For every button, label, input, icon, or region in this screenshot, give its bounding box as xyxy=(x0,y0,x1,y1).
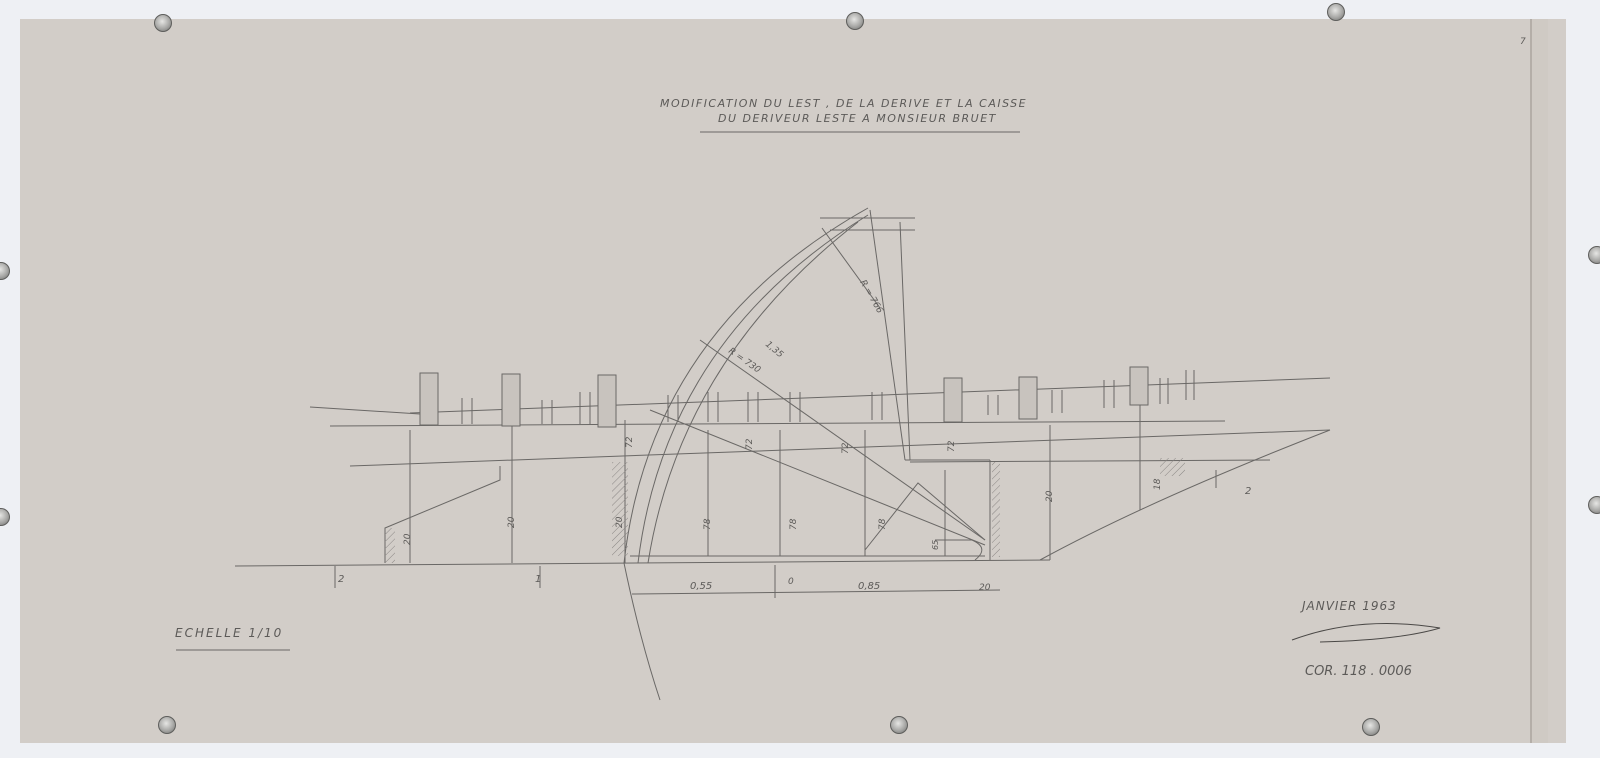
section-height: 78 xyxy=(703,518,713,530)
dim-zero: 0 xyxy=(788,577,794,587)
date-label: JANVIER 1963 xyxy=(1300,599,1397,613)
dim-right-offset: 0,85 xyxy=(858,581,880,592)
signature: Coll xyxy=(1300,625,1325,640)
dim-left-offset: 0,55 xyxy=(690,581,712,592)
section-height: 18 xyxy=(1153,478,1163,490)
section-height: 72 xyxy=(625,436,635,448)
section-height: 20 xyxy=(403,533,413,545)
dim-small-20: 20 xyxy=(979,583,991,593)
title-line-1: MODIFICATION DU LEST , DE LA DERIVE ET L… xyxy=(660,97,1027,110)
section-height: 78 xyxy=(789,518,799,530)
section-height: 72 xyxy=(841,442,851,454)
sheet-number: 7 xyxy=(1520,37,1526,47)
section-height: 20 xyxy=(507,516,517,528)
title-line-2: DU DERIVEUR LESTE A MONSIEUR BRUET xyxy=(718,112,997,125)
dim-small-65: 65 xyxy=(931,540,940,550)
station-2-left: 2 xyxy=(338,574,344,585)
technical-drawing: MODIFICATION DU LEST , DE LA DERIVE ET L… xyxy=(0,0,1600,758)
reference-number: COR. 118 . 0006 xyxy=(1305,664,1412,679)
section-height: 72 xyxy=(947,440,957,452)
scale-label: ECHELLE 1/10 xyxy=(175,626,283,640)
station-1: 1 xyxy=(535,574,541,585)
dim-length-135: 1,35 xyxy=(763,340,785,361)
section-height: 72 xyxy=(745,438,755,450)
section-height: 20 xyxy=(1045,490,1055,502)
section-height: 78 xyxy=(878,518,888,530)
section-height: 20 xyxy=(615,516,625,528)
station-2-right: 2 xyxy=(1245,486,1251,497)
